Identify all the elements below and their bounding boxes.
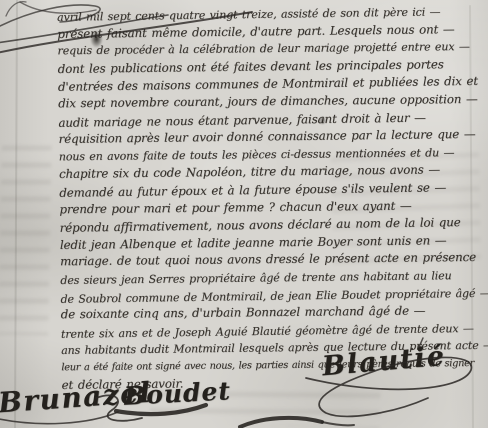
manuscript-text-block: avril mil sept cents quatre vingt treize… xyxy=(57,3,486,395)
ink-blot xyxy=(90,30,103,48)
ink-blot xyxy=(318,116,327,125)
manuscript-page: avril mil sept cents quatre vingt treize… xyxy=(0,0,488,428)
signature-boudet: Boudet xyxy=(123,376,231,411)
ink-bleedthrough xyxy=(0,140,52,336)
